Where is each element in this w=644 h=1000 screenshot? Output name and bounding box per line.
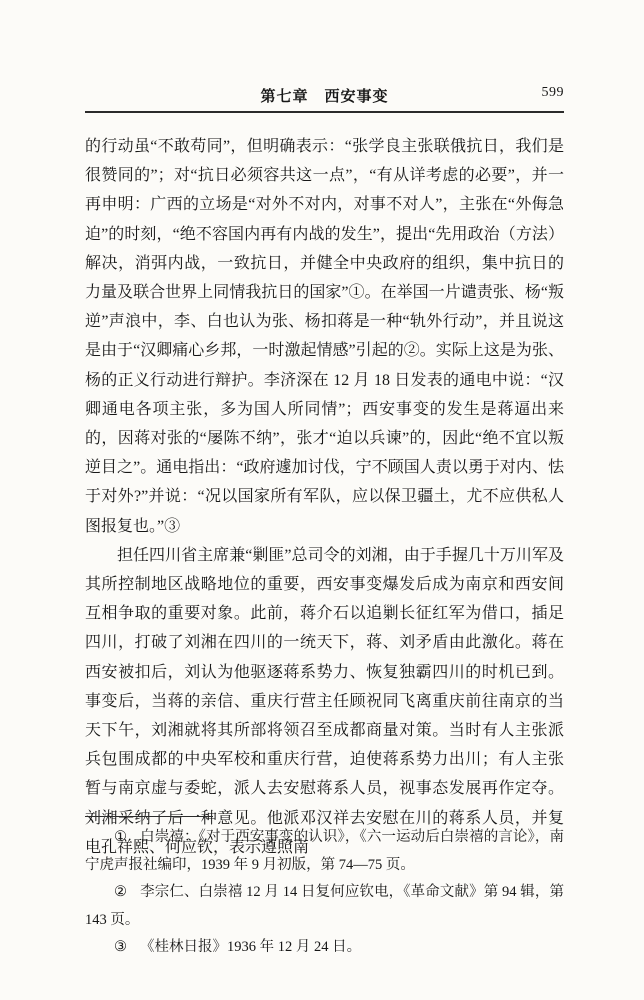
footnote-2-text: 李宗仁、白崇禧 12 月 14 日复何应钦电，《革命文献》第 94 辑，第 14… (85, 884, 564, 928)
running-head: 第七章 西安事变 599 (85, 85, 564, 105)
footnote-3-marker: ③ (114, 939, 127, 955)
footnote-3: ③《桂林日报》1936 年 12 月 24 日。 (85, 934, 564, 962)
chapter-title: 第七章 西安事变 (85, 85, 564, 106)
page-number: 599 (542, 85, 565, 101)
paragraph-1: 的行动虽“不敢苟同”，但明确表示：“张学良主张联俄抗日，我们是很赞同的”；对“抗… (85, 132, 564, 541)
book-page: 第七章 西安事变 599 的行动虽“不敢苟同”，但明确表示：“张学良主张联俄抗日… (0, 0, 644, 1000)
footnote-1-marker: ① (114, 829, 127, 845)
footnote-3-text: 《桂林日报》1936 年 12 月 24 日。 (140, 939, 361, 955)
header-rule (85, 111, 564, 113)
footnote-separator-rule (85, 816, 213, 817)
body-text: 的行动虽“不敢苟同”，但明确表示：“张学良主张联俄抗日，我们是很赞同的”；对“抗… (85, 132, 564, 862)
footnote-2: ②李宗仁、白崇禧 12 月 14 日复何应钦电，《革命文献》第 94 辑，第 1… (85, 879, 564, 934)
footnote-1-text: 白崇禧：《对于西安事变的认识》，《六一运动后白崇禧的言论》，南宁虎声报社编印，1… (85, 829, 564, 873)
footnote-1: ①白崇禧：《对于西安事变的认识》，《六一运动后白崇禧的言论》，南宁虎声报社编印，… (85, 824, 564, 879)
footnotes: ①白崇禧：《对于西安事变的认识》，《六一运动后白崇禧的言论》，南宁虎声报社编印，… (85, 824, 564, 962)
paragraph-2: 担任四川省主席兼“剿匪”总司令的刘湘，由于手握几十万川军及其所控制地区战略地位的… (85, 541, 564, 862)
footnote-2-marker: ② (114, 884, 127, 900)
